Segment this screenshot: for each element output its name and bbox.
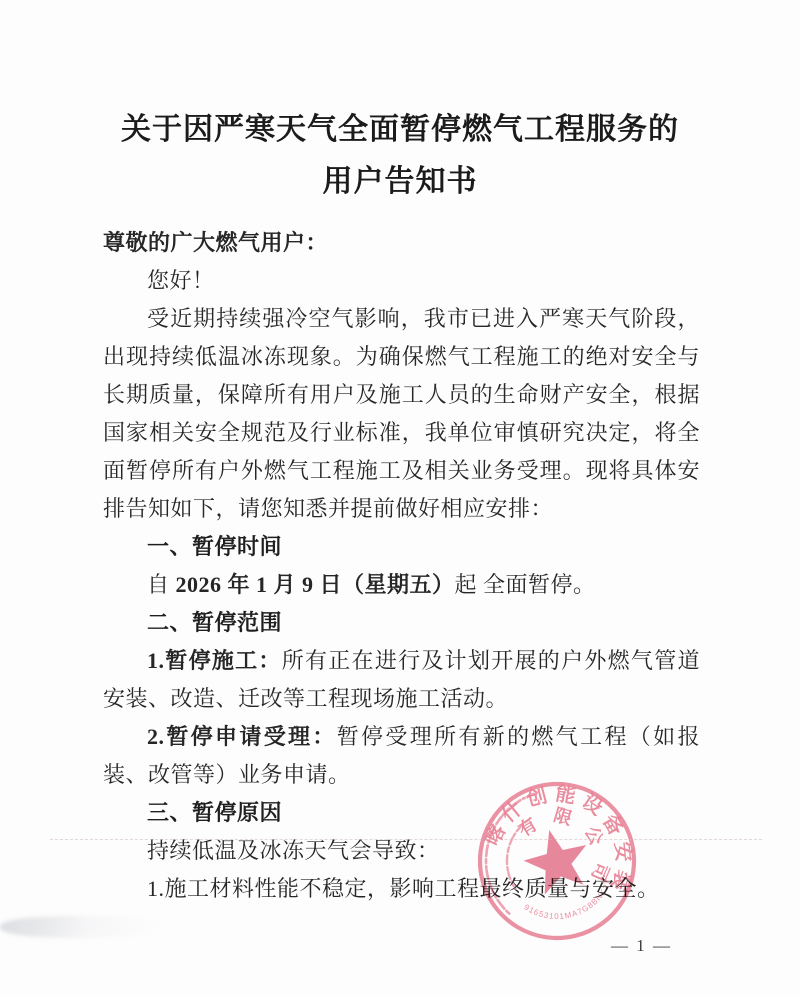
company-seal: 喀什创能设备安装 有限公司 91653101MA7G8BNK2T <box>452 756 662 966</box>
paragraph-bold-run: 1.暂停施工： <box>147 648 282 673</box>
paragraph-run: 自 <box>147 572 176 597</box>
greeting-line: 尊敬的广大燃气用户： <box>103 224 700 262</box>
paragraph-run: 起 全面暂停。 <box>455 572 596 597</box>
scan-artifact-smudge <box>0 916 158 938</box>
paragraph-bold-run: 2026 年 1 月 9 日（星期五） <box>176 572 455 597</box>
paragraph: 1.暂停施工：所有正在进行及计划开展的户外燃气管道安装、改造、迁改等工程现场施工… <box>103 642 700 718</box>
section-heading: 一、暂停时间 <box>103 528 700 566</box>
document-title: 关于因严寒天气全面暂停燃气工程服务的 用户告知书 <box>60 104 740 208</box>
paragraph-run: 持续低温及冰冻天气会导致： <box>147 838 440 863</box>
page-number: — 1 — <box>611 936 672 956</box>
intro-paragraph: 受近期持续强冷空气影响，我市已进入严寒天气阶段，出现持续低温冰冻现象。为确保燃气… <box>103 300 700 528</box>
seal-graphic: 喀什创能设备安装 有限公司 91653101MA7G8BNK2T <box>452 756 662 966</box>
paragraph-bold-run: 2.暂停申请受理： <box>147 724 337 749</box>
title-line-2: 用户告知书 <box>60 156 740 208</box>
scanned-notice-page: 关于因严寒天气全面暂停燃气工程服务的 用户告知书 尊敬的广大燃气用户： 您好！ … <box>0 0 800 995</box>
paragraph: 自 2026 年 1 月 9 日（星期五）起 全面暂停。 <box>103 566 700 604</box>
title-line-1: 关于因严寒天气全面暂停燃气工程服务的 <box>60 104 740 156</box>
section-heading: 二、暂停范围 <box>103 604 700 642</box>
salutation-line: 您好！ <box>103 262 700 300</box>
scan-artifact-line <box>50 839 762 840</box>
